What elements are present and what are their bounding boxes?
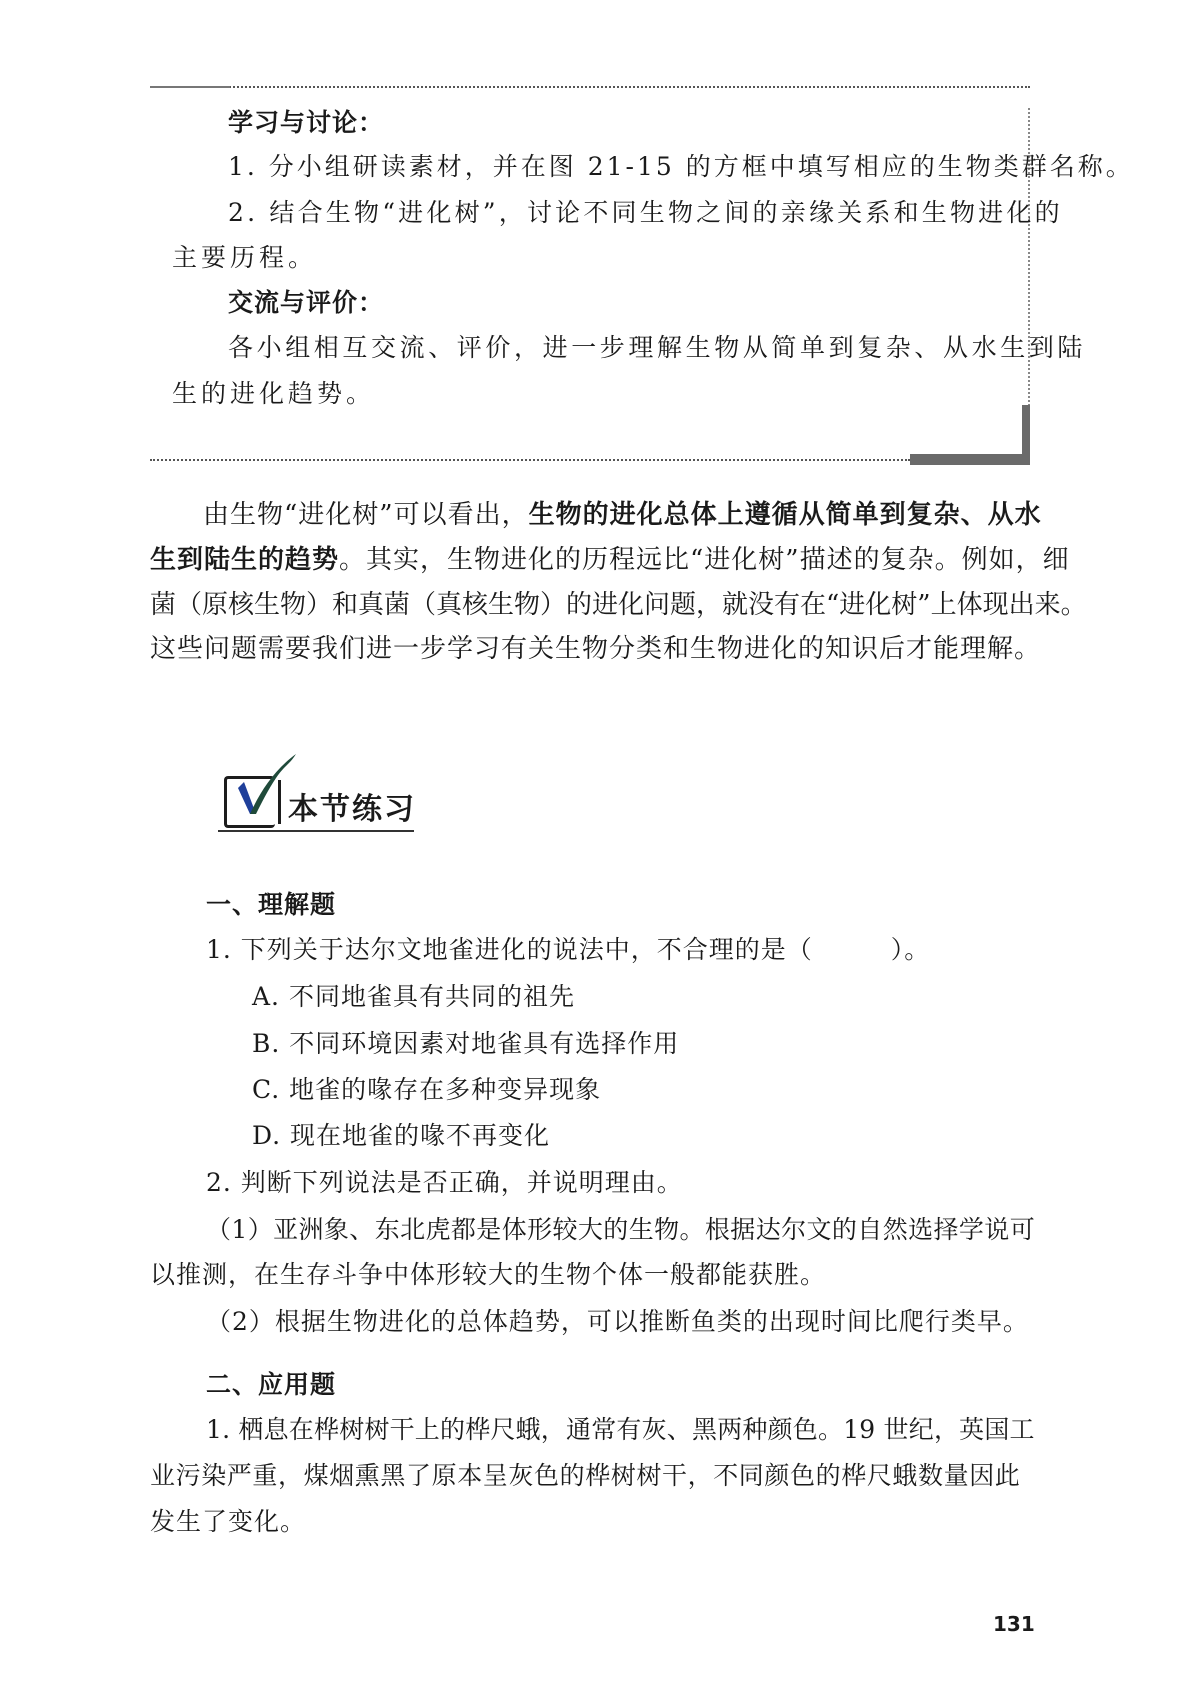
body-line-1: 由生物“进化树”可以看出，生物的进化总体上遵循从简单到复杂、从水 [203, 498, 1042, 532]
box-bottom-border [150, 459, 910, 461]
exchange-line-1: 各小组相互交流、评价，进一步理解生物从简单到复杂、从水生到陆 [228, 331, 1086, 365]
section-title: 本节练习 [288, 784, 416, 828]
body-line-3: 菌（原核生物）和真菌（真核生物）的进化问题，就没有在“进化树”上体现出来。 [150, 588, 1087, 622]
q1-stem: 1. 下列关于达尔文地雀进化的说法中，不合理的是（ ）。 [206, 933, 930, 967]
body-line-1-normal: 由生物“进化树”可以看出， [203, 500, 529, 530]
body-line-2: 生到陆生的趋势。其实，生物进化的历程远比“进化树”描述的复杂。例如，细 [150, 543, 1070, 577]
q1-option-a[interactable]: A. 不同地雀具有共同的祖先 [252, 980, 575, 1014]
body-line-2-normal: 。其实，生物进化的历程远比“进化树”描述的复杂。例如，细 [339, 545, 1070, 575]
box-corner-bar-horizontal [910, 454, 1030, 465]
box-top-border-solid [150, 86, 230, 88]
part2-heading: 二、应用题 [206, 1368, 336, 1402]
app-q1-line3: 发生了变化。 [150, 1505, 306, 1539]
q1-option-d[interactable]: D. 现在地雀的喙不再变化 [252, 1119, 550, 1153]
q1-option-b[interactable]: B. 不同环境因素对地雀具有选择作用 [252, 1027, 679, 1061]
section-underline [218, 830, 414, 832]
q2-item1-line1: （1）亚洲象、东北虎都是体形较大的生物。根据达尔文的自然选择学说可 [206, 1213, 1035, 1247]
study-heading: 学习与讨论： [228, 106, 384, 140]
body-line-4: 这些问题需要我们进一步学习有关生物分类和生物进化的知识后才能理解。 [150, 632, 1041, 666]
part1-heading: 一、理解题 [206, 888, 336, 922]
study-item-2: 2. 结合生物“进化树”，讨论不同生物之间的亲缘关系和生物进化的 [228, 196, 1063, 230]
study-item-1: 1. 分小组研读素材，并在图 21-15 的方框中填写相应的生物类群名称。 [228, 150, 1134, 184]
body-line-1-bold: 生物的进化总体上遵循从简单到复杂、从水 [529, 500, 1042, 530]
exchange-line-2: 生的进化趋势。 [172, 377, 375, 411]
app-q1-line1: 1. 栖息在桦树树干上的桦尺蛾，通常有灰、黑两种颜色。19 世纪，英国工 [206, 1413, 1035, 1447]
q2-item2: （2）根据生物进化的总体趋势，可以推断鱼类的出现时间比爬行类早。 [206, 1305, 1029, 1339]
exercise-section-header: 本节练习 [218, 752, 418, 832]
page-number: 131 [993, 1612, 1035, 1636]
q2-item1-line2: 以推测，在生存斗争中体形较大的生物个体一般都能获胜。 [150, 1258, 826, 1292]
exchange-heading: 交流与评价： [228, 286, 384, 320]
q1-option-c[interactable]: C. 地雀的喙存在多种变异现象 [252, 1073, 601, 1107]
app-q1-line2: 业污染严重，煤烟熏黑了原本呈灰色的桦树树干，不同颜色的桦尺蛾数量因此 [150, 1459, 1020, 1493]
box-top-border [150, 86, 1030, 88]
body-line-2-bold: 生到陆生的趋势 [150, 545, 339, 575]
study-item-2-cont: 主要历程。 [172, 241, 317, 275]
q2-stem: 2. 判断下列说法是否正确，并说明理由。 [206, 1166, 683, 1200]
box-corner-bar-vertical [1022, 405, 1030, 465]
